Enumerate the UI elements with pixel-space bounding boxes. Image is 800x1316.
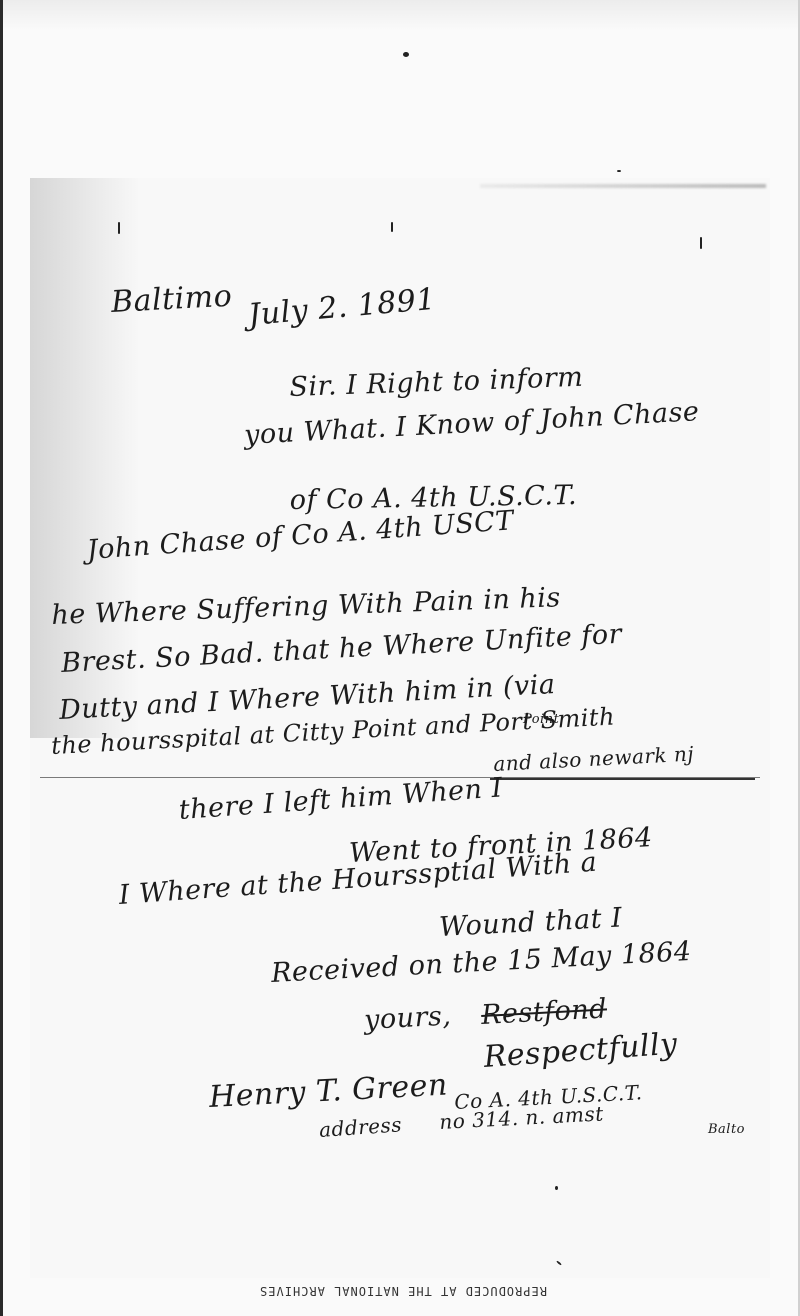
ink-mark <box>118 222 120 234</box>
ink-speck <box>403 52 409 57</box>
ink-speck <box>617 170 621 172</box>
dateline-place: Baltimo <box>110 279 233 320</box>
insert-underline <box>490 778 755 780</box>
scan-top-shadow <box>0 0 800 30</box>
ink-mark <box>700 237 702 249</box>
ink-speck <box>555 1186 558 1190</box>
archives-stamp: REPRODUCED AT THE NATIONAL ARCHIVES <box>238 1284 568 1298</box>
closing-yours: yours, <box>363 1000 452 1036</box>
sheet-top-edge <box>480 184 766 188</box>
scanned-page: Baltimo July 2. 1891 Sir. I Right to inf… <box>0 0 800 1316</box>
closing-struck-word: Restfond <box>480 993 607 1031</box>
ink-mark <box>391 222 393 232</box>
scan-left-border <box>0 0 3 1316</box>
address-city: Balto <box>708 1122 745 1137</box>
